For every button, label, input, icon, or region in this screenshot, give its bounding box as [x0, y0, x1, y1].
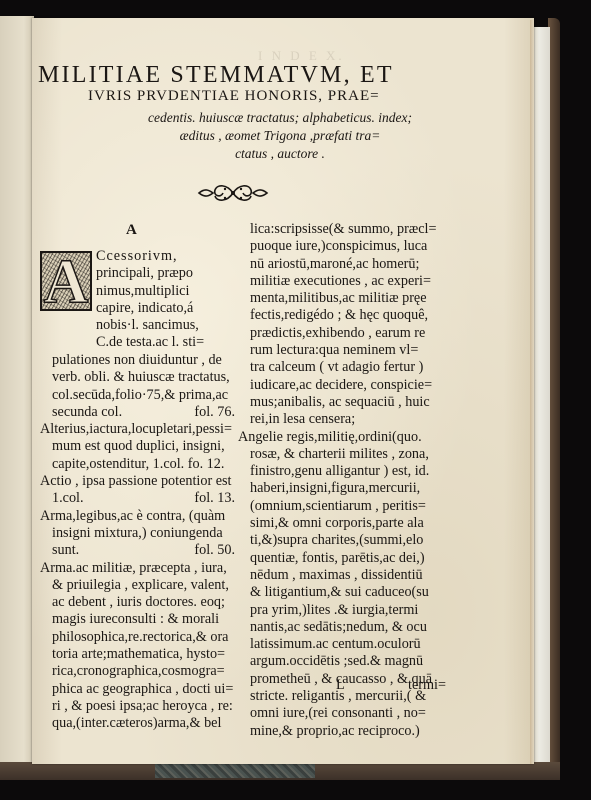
index-entry: Alterius,iactura,locupletari,pessi= — [40, 421, 235, 438]
text-line: & priuilegia , explicare, valent, — [40, 577, 235, 594]
right-column: lica:scripsisse(& summo, præcl= puoque i… — [238, 221, 448, 740]
text-line: lica:scripsisse(& summo, præcl= — [238, 221, 448, 238]
text-line: rum lectura:qua neminem vl= — [238, 342, 448, 359]
text-line: militiæ executiones , ac experi= — [238, 273, 448, 290]
page-fore-edge — [532, 27, 550, 767]
left-column: pulationes non diuiduntur , de verb. obl… — [40, 352, 235, 733]
book-cover-bottom — [0, 762, 560, 780]
text-line: Ccessorivm, — [96, 248, 236, 265]
text-line: ac debent , iuris doctores. eoq; — [40, 594, 235, 611]
index-entry-line: secunda col.fol. 76. — [40, 404, 235, 421]
text-line: rosæ, & charterii milites , zona, — [238, 446, 448, 463]
title-line-2: IVRIS PRVDENTIAE HONORIS, PRAE= — [88, 88, 488, 105]
title-line-1: MILITIAE STEMMATVM, ET — [38, 62, 518, 89]
marbled-paper — [155, 764, 315, 778]
text-line: fectis,redigédo ; & hęc quoquê, — [238, 307, 448, 324]
text-line: iudicare,ac decidere, conspicie= — [238, 377, 448, 394]
text-line: magis iureconsulti : & morali — [40, 611, 235, 628]
text-line: nobis·l. sancimus, — [96, 317, 236, 334]
text-line: puoque iure,)conspicimus, luca — [238, 238, 448, 255]
fleuron-ornament-icon — [197, 180, 269, 206]
text-line: pulationes non diuiduntur , de — [40, 352, 235, 369]
title-line-5: ctatus , auctore . — [60, 146, 500, 162]
text-line: & litigantium,& sui caduceo(su — [238, 584, 448, 601]
initial-letter: A — [42, 251, 90, 311]
index-entry: Actio , ipsa passione potentior est — [40, 473, 235, 490]
facing-page-edge — [0, 16, 34, 762]
text-line: pra yrim,)lites .& iurgia,termi — [238, 602, 448, 619]
text-line: menta,militibus,ac militiæ pręe — [238, 290, 448, 307]
page-fold — [530, 20, 534, 764]
woodcut-initial-a-icon: A — [40, 251, 92, 311]
initial-paragraph: Ccessorivm, principali, præpo nimus,mult… — [96, 248, 236, 352]
text-line: principali, præpo — [96, 265, 236, 282]
index-entry: Arma.ac militiæ, præcepta , iura, — [40, 560, 235, 577]
text-line: ri , & poesi ipsa;ac heroyca , re: — [40, 698, 235, 715]
signature-mark: L — [336, 677, 345, 694]
index-entry-line: 1.col.fol. 13. — [40, 490, 235, 507]
index-entry-line: sunt.fol. 50. — [40, 542, 235, 559]
text-line: tra calceum ( vt adagio fertur ) — [238, 359, 448, 376]
text-line: qua,(inter.cæteros)arma,& bel — [40, 715, 235, 732]
section-letter: A — [126, 222, 137, 239]
text-line: latissimum.ac centum.oculorū — [238, 636, 448, 653]
text-line: argum.occidētis ;sed.& magnū — [238, 653, 448, 670]
text-line: toria arte;mathematica, hysto= — [40, 646, 235, 663]
text-line: phica ac geographica , docti ui= — [40, 681, 235, 698]
folio-reference: fol. 50. — [194, 542, 235, 559]
text-line: nantis,ac sedātis;nedum, & ocu — [238, 619, 448, 636]
catchword: termi= — [408, 677, 446, 694]
text-line: insigni mixtura,) coniungenda — [40, 525, 235, 542]
folio-reference: fol. 13. — [194, 490, 235, 507]
text-line: col.secūda,folio·75,& prima,ac — [40, 387, 235, 404]
text-line: sunt. — [52, 542, 79, 559]
text-line: mus;anibalis, ac sequaciū , huic — [238, 394, 448, 411]
text-line: finistro,genu alligantur ) est, id. — [238, 463, 448, 480]
index-entry: Angelie regis,militię,ordini(quo. — [238, 429, 448, 446]
text-line: nū ariostū,maroné,ac homerū; — [238, 256, 448, 273]
text-line: ti,&)supra charites,(summi,elo — [238, 532, 448, 549]
text-line: prædictis,exhibendo , earum re — [238, 325, 448, 342]
text-line: rei,in lesa censera; — [238, 411, 448, 428]
text-line: simi,& omni corporis,parte ala — [238, 515, 448, 532]
text-line: mum est quod duplici, insigni, — [40, 438, 235, 455]
text-line: 1.col. — [52, 490, 84, 507]
index-entry: Arma,legibus,ac è contra, (quàm — [40, 508, 235, 525]
text-line: philosophica,re.rectorica,& ora — [40, 629, 235, 646]
text-line: nēdum , maximas , dissidentiū — [238, 567, 448, 584]
text-line: verb. obli. & huiuscæ tractatus, — [40, 369, 235, 386]
title-line-3: cedentis. huiuscæ tractatus; alphabeticu… — [60, 110, 500, 126]
text-line: omni iure,(rei consonanti , no= — [238, 705, 448, 722]
text-line: secunda col. — [52, 404, 122, 421]
title-line-4: æditus , æomet Trigona ,præfati tra= — [60, 128, 500, 144]
folio-reference: fol. 76. — [194, 404, 235, 421]
text-line: mine,& proprio,ac reciproco.) — [238, 723, 448, 740]
text-line: rica,cronographica,cosmogra= — [40, 663, 235, 680]
text-line: haberi,insigni,figura,mercurii, — [238, 480, 448, 497]
text-line: C.de testa.ac l. sti= — [96, 334, 236, 351]
text-line: quentiæ, fontis, parētis,ac dei,) — [238, 550, 448, 567]
text-line: capite,ostenditur, 1.col. fo. 12. — [40, 456, 235, 473]
text-line: nimus,multiplici — [96, 283, 236, 300]
text-line: (omnium,scientiarum , peritis= — [238, 498, 448, 515]
text-line: capire, indicato,á — [96, 300, 236, 317]
